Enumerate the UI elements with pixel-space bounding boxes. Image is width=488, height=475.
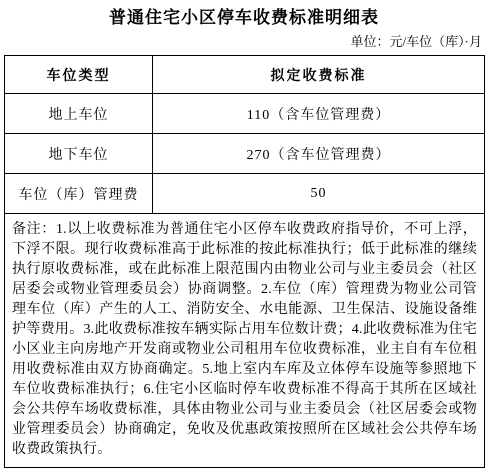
column-header-parking-type: 车位类型 <box>5 56 153 94</box>
document-page: 普通住宅小区停车收费标准明细表 单位：元/车位（库）·月 车位类型 拟定收费标准… <box>0 0 488 475</box>
table-row-underground: 地下车位 270（含车位管理费） <box>5 134 485 174</box>
parking-fee-table: 车位类型 拟定收费标准 地上车位 110（含车位管理费） 地下车位 270（含车… <box>4 55 485 468</box>
parking-type-underground: 地下车位 <box>5 134 153 174</box>
fee-management: 50 <box>153 174 485 214</box>
remarks-row: 备注：1.以上收费标准为普通住宅小区停车收费政府指导价，不可上浮，下浮不限。现行… <box>5 214 485 468</box>
remarks-cell: 备注：1.以上收费标准为普通住宅小区停车收费政府指导价，不可上浮，下浮不限。现行… <box>5 214 485 468</box>
table-row-above-ground: 地上车位 110（含车位管理费） <box>5 94 485 134</box>
fee-above-ground: 110（含车位管理费） <box>153 94 485 134</box>
table-row-management-fee: 车位（库）管理费 50 <box>5 174 485 214</box>
unit-label: 单位：元/车位（库）·月 <box>0 29 488 55</box>
column-header-fee-standard: 拟定收费标准 <box>153 56 485 94</box>
page-title: 普通住宅小区停车收费标准明细表 <box>0 0 488 29</box>
table-header-row: 车位类型 拟定收费标准 <box>5 56 485 94</box>
parking-type-above-ground: 地上车位 <box>5 94 153 134</box>
fee-underground: 270（含车位管理费） <box>153 134 485 174</box>
parking-type-management-fee: 车位（库）管理费 <box>5 174 153 214</box>
